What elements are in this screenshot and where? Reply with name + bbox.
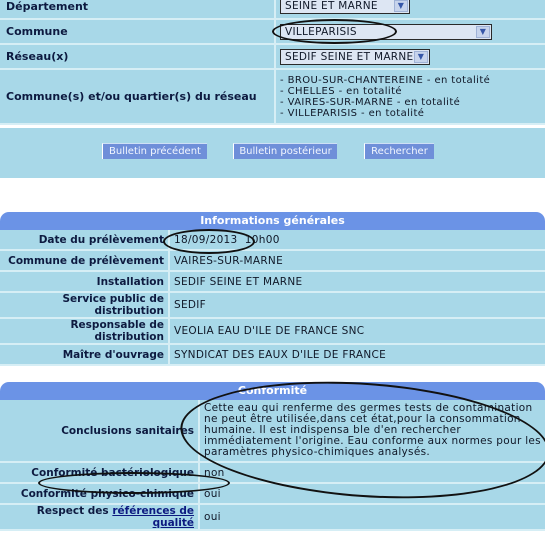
table-row: Maître d'ouvrage SYNDICAT DES EAUX D'ILE… [0, 345, 545, 366]
chevron-down-icon[interactable]: ▼ [476, 26, 490, 38]
physico-chemical-value: oui [200, 484, 545, 505]
chevron-down-icon[interactable]: ▼ [394, 0, 408, 12]
conclusions-value: Cette eau qui renferme des germes tests … [200, 400, 545, 463]
departement-label: Département [0, 0, 276, 20]
date-value: 18/09/2013 10h00 [170, 230, 545, 251]
responsable-label: Responsable de distribution [0, 319, 170, 345]
list-item: - VILLEPARISIS - en totalité [280, 108, 539, 119]
commune-prelevement-value: VAIRES-SUR-MARNE [170, 251, 545, 272]
quality-references-link[interactable]: références de qualité [112, 505, 194, 529]
quality-references-value: oui [200, 505, 545, 531]
commune-label: Commune [0, 20, 276, 45]
next-bulletin-button[interactable]: Bulletin postérieur [233, 143, 337, 159]
quality-references-label: Respect des références de qualité [0, 505, 200, 531]
commune-select[interactable]: VILLEPARISIS ▼ [280, 24, 492, 40]
table-row: Service public de distribution SEDIF [0, 293, 545, 319]
list-item: - CHELLES - en totalité [280, 86, 539, 97]
communes-reseau-list: - BROU-SUR-CHANTEREINE - en totalité - C… [280, 75, 539, 119]
reseau-value: SEDIF SEINE ET MARNE [285, 51, 413, 63]
bacteriological-value: non [200, 463, 545, 484]
previous-bulletin-button[interactable]: Bulletin précédent [102, 143, 207, 159]
communes-reseau-row: Commune(s) et/ou quartier(s) du réseau -… [0, 70, 545, 125]
commune-prelevement-label: Commune de prélèvement [0, 251, 170, 272]
departement-value: SEINE ET MARNE [285, 0, 393, 12]
installation-label: Installation [0, 272, 170, 293]
departement-select[interactable]: SEINE ET MARNE ▼ [280, 0, 410, 14]
list-item: - BROU-SUR-CHANTEREINE - en totalité [280, 75, 539, 86]
table-row: Responsable de distribution VEOLIA EAU D… [0, 319, 545, 345]
maitre-ouvrage-label: Maître d'ouvrage [0, 345, 170, 366]
search-button[interactable]: Rechercher [364, 143, 434, 159]
departement-row: Département SEINE ET MARNE ▼ [0, 0, 545, 20]
general-info-title: Informations générales [0, 212, 545, 230]
general-info-panel: Informations générales Date du prélèveme… [0, 212, 545, 366]
conformity-title: Conformité [0, 382, 545, 400]
service-public-value: SEDIF [170, 293, 545, 319]
service-public-label: Service public de distribution [0, 293, 170, 319]
communes-reseau-label: Commune(s) et/ou quartier(s) du réseau [0, 70, 276, 125]
table-row: Conformité bactériologique non [0, 463, 545, 484]
list-item: - VAIRES-SUR-MARNE - en totalité [280, 97, 539, 108]
commune-value: VILLEPARISIS [285, 26, 475, 38]
installation-value: SEDIF SEINE ET MARNE [170, 272, 545, 293]
bacteriological-label: Conformité bactériologique [0, 463, 200, 484]
reseau-row: Réseau(x) SEDIF SEINE ET MARNE ▼ [0, 45, 545, 70]
conformity-panel: Conformité Conclusions sanitaires Cette … [0, 382, 545, 531]
search-form: Département SEINE ET MARNE ▼ Commune VIL… [0, 0, 545, 125]
table-row: Conformité physico-chimique oui [0, 484, 545, 505]
reseau-label: Réseau(x) [0, 45, 276, 70]
conclusions-label: Conclusions sanitaires [0, 400, 200, 463]
button-bar: Bulletin précédent Bulletin postérieur R… [0, 128, 545, 178]
chevron-down-icon[interactable]: ▼ [414, 51, 428, 63]
responsable-value: VEOLIA EAU D'ILE DE FRANCE SNC [170, 319, 545, 345]
table-row: Installation SEDIF SEINE ET MARNE [0, 272, 545, 293]
reseau-select[interactable]: SEDIF SEINE ET MARNE ▼ [280, 49, 430, 65]
maitre-ouvrage-value: SYNDICAT DES EAUX D'ILE DE FRANCE [170, 345, 545, 366]
commune-row: Commune VILLEPARISIS ▼ [0, 20, 545, 45]
table-row: Date du prélèvement 18/09/2013 10h00 [0, 230, 545, 251]
table-row: Conclusions sanitaires Cette eau qui ren… [0, 400, 545, 463]
date-label: Date du prélèvement [0, 230, 170, 251]
table-row: Respect des références de qualité oui [0, 505, 545, 531]
physico-chemical-label: Conformité physico-chimique [0, 484, 200, 505]
table-row: Commune de prélèvement VAIRES-SUR-MARNE [0, 251, 545, 272]
quality-references-prefix: Respect des [37, 505, 113, 517]
